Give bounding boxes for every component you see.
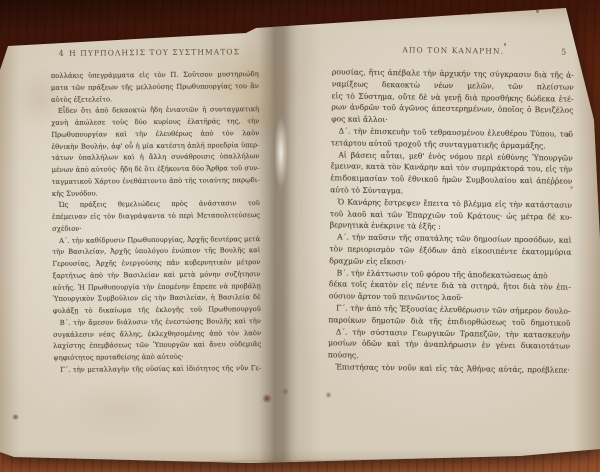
- left-page-number: 4: [59, 49, 64, 58]
- left-page: 4 Η ΠΥΡΠΟΛΗΣΙΣ ΤΟΥ ΣΥΣΤΗΜΑΤΟΣ πολλάκις ὑ…: [51, 47, 262, 376]
- open-book-wrapper: 4 Η ΠΥΡΠΟΛΗΣΙΣ ΤΟΥ ΣΥΣΤΗΜΑΤΟΣ πολλάκις ὑ…: [0, 0, 600, 472]
- right-page: ΑΠΟ ΤΟΝ ΚΑΝΑΡΗΝ. 5 ρουσίας, ἥτις ἀπέβαλε…: [328, 44, 575, 376]
- left-text-column: πολλάκις ὑπεγράμματα εἰς τὸν Π. Σοῦτσον …: [51, 69, 262, 376]
- right-running-title: ΑΠΟ ΤΟΝ ΚΑΝΑΡΗΝ.: [402, 45, 504, 55]
- right-page-number: 5: [561, 48, 566, 57]
- text-line: ματα τῶν πράξεων τῆς μελλούσης Πρωθυπουρ…: [51, 81, 259, 95]
- book-gutter-fold: [258, 20, 292, 468]
- gutter-highlight: [272, 105, 290, 200]
- open-book: 4 Η ΠΥΡΠΟΛΗΣΙΣ ΤΟΥ ΣΥΣΤΗΜΑΤΟΣ πολλάκις ὑ…: [0, 0, 600, 472]
- left-running-title: Η ΠΥΡΠΟΛΗΣΙΣ ΤΟΥ ΣΥΣΤΗΜΑΤΟΣ: [69, 47, 240, 57]
- text-line: Γ΄. τὴν μεταλλαγὴν τῆς οὐσίας καὶ ἰδιότη…: [53, 363, 261, 377]
- text-line: ἐπέμειναν εἰς τὸν διαγράψαντα τὸ περὶ Με…: [52, 210, 260, 224]
- wood-table-background: 4 Η ΠΥΡΠΟΛΗΣΙΣ ΤΟΥ ΣΥΣΤΗΜΑΤΟΣ πολλάκις ὑ…: [0, 0, 600, 472]
- right-text-column: ρουσίας, ἥτις ἀπέβαλε τὴν ἀρχικήν της σύ…: [328, 66, 574, 376]
- left-running-head: 4 Η ΠΥΡΠΟΛΗΣΙΣ ΤΟΥ ΣΥΣΤΗΜΑΤΟΣ: [51, 47, 259, 65]
- text-line: λαχίστης ἐπεμβάσεως τῶν Ὑπουργῶν καὶ ἄνε…: [53, 339, 261, 353]
- text-line: ταγματικοῦ Χάρτου ἐνεθάπτοντο ἀπὸ τῆς το…: [52, 175, 260, 189]
- right-running-head: ΑΠΟ ΤΟΝ ΚΑΝΑΡΗΝ. 5: [332, 44, 574, 63]
